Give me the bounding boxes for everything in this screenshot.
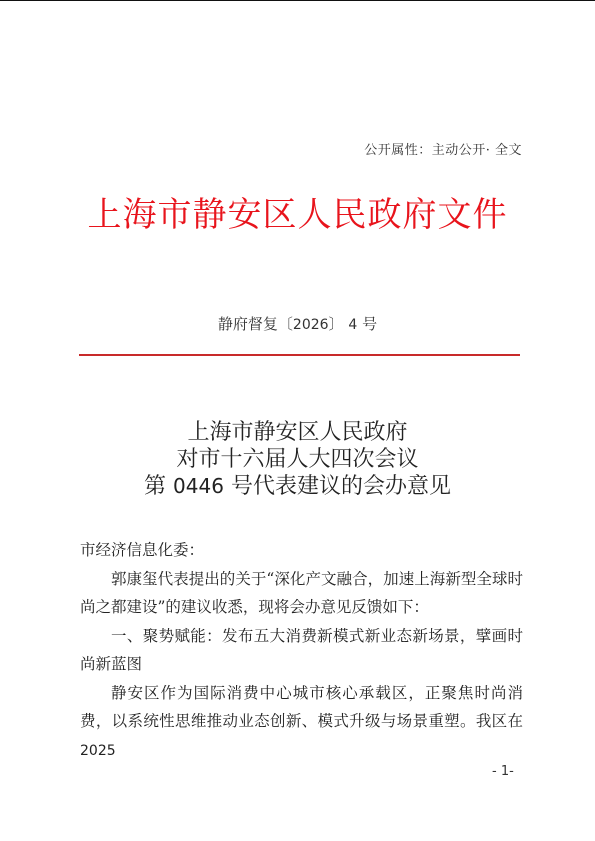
document-title: 上海市静安区人民政府 对市十六届人大四次会议 第 0446 号代表建议的会办意见 xyxy=(0,419,595,500)
title-line-1: 上海市静安区人民政府 xyxy=(0,419,595,446)
doc-number-year: 2026 xyxy=(293,317,329,333)
issuer-header-title: 上海市静安区人民政府文件 xyxy=(0,193,595,237)
title-line-3-prefix: 第 xyxy=(144,474,173,499)
document-number: 静府督复〔2026〕 4 号 xyxy=(0,313,595,334)
document-body: 市经济信息化委： 郭康玺代表提出的关于“深化产文融合，加速上海新型全球时尚之都建… xyxy=(80,536,523,765)
page-top-border xyxy=(0,0,595,1)
body-paragraph: 郭康玺代表提出的关于“深化产文融合，加速上海新型全球时尚之都建设”的建议收悉，现… xyxy=(80,565,523,622)
doc-number-unit: 号 xyxy=(362,315,377,333)
red-separator-line xyxy=(79,354,520,356)
recipient-line: 市经济信息化委： xyxy=(80,536,523,565)
doc-number-value: 4 xyxy=(348,317,357,333)
body-paragraph-text: 静安区作为国际消费中心城市核心承载区，正聚焦时尚消费，以系统性思维推动业态创新、… xyxy=(80,684,523,731)
body-paragraph-year: 2025 xyxy=(80,743,116,759)
doc-number-prefix: 静府督复〔 xyxy=(218,315,293,333)
disclosure-attribute: 公开属性：主动公开· 全文 xyxy=(364,139,522,158)
title-line-3-suffix: 号代表建议的会办意见 xyxy=(224,474,451,499)
title-line-3-number: 0446 xyxy=(173,474,224,498)
title-line-3: 第 0446 号代表建议的会办意见 xyxy=(0,473,595,500)
body-paragraph: 静安区作为国际消费中心城市核心承载区，正聚焦时尚消费，以系统性思维推动业态创新、… xyxy=(80,679,523,766)
title-line-2: 对市十六届人大四次会议 xyxy=(0,446,595,473)
doc-number-bracket: 〕 xyxy=(329,315,344,333)
page-number: - 1- xyxy=(492,764,514,779)
section-heading: 一、聚势赋能：发布五大消费新模式新业态新场景，擘画时尚新蓝图 xyxy=(80,622,523,679)
